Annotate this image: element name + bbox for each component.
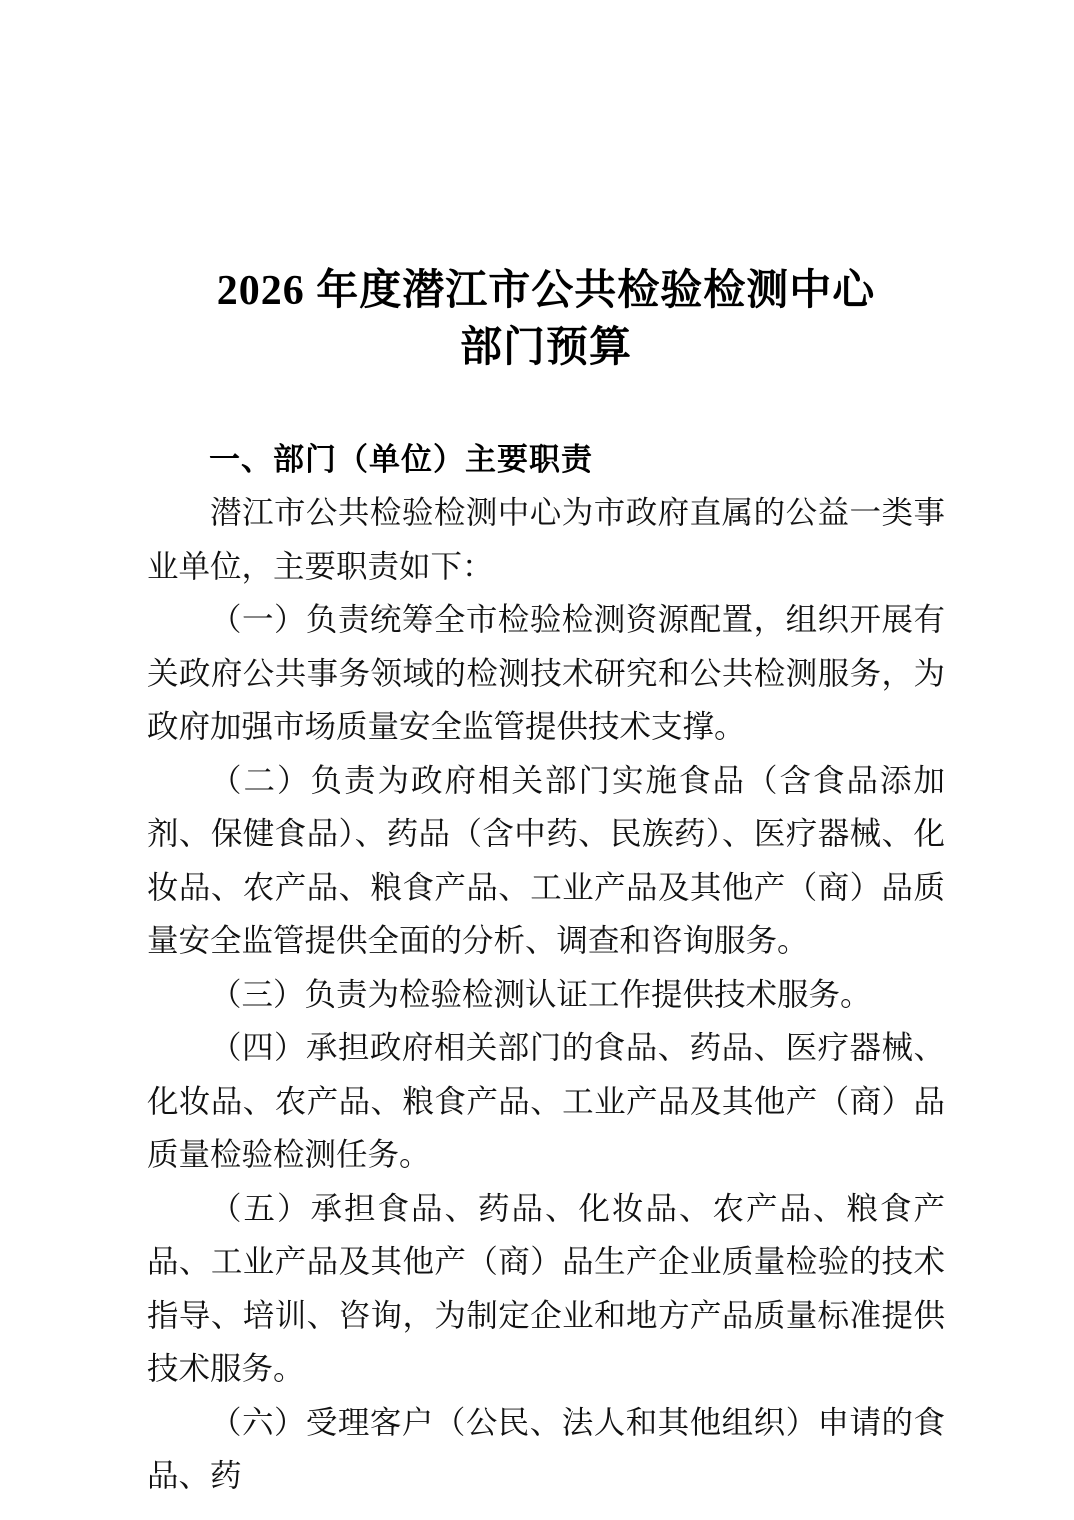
- body-paragraph-duty-2: （二）负责为政府相关部门实施食品（含食品添加剂、保健食品）、药品（含中药、民族药…: [147, 754, 945, 968]
- document-title-line2: 部门预算: [460, 325, 632, 371]
- document-body: 潜江市公共检验检测中心为市政府直属的公益一类事业单位，主要职责如下： （一）负责…: [147, 486, 945, 1503]
- body-paragraph-duty-4: （四）承担政府相关部门的食品、药品、医疗器械、化妆品、农产品、粮食产品、工业产品…: [147, 1021, 945, 1182]
- document-content: 2026 年度潜江市公共检验检测中心 部门预算 一、部门（单位）主要职责 潜江市…: [0, 0, 1074, 1503]
- document-title-line1: 2026 年度潜江市公共检验检测中心: [217, 268, 876, 314]
- body-paragraph-duty-5: （五）承担食品、药品、化妆品、农产品、粮食产品、工业产品及其他产（商）品生产企业…: [147, 1182, 945, 1396]
- body-paragraph-duty-6-truncated: （六）受理客户（公民、法人和其他组织）申请的食品、药: [147, 1396, 945, 1503]
- document-title: 2026 年度潜江市公共检验检测中心 部门预算: [147, 263, 945, 377]
- body-paragraph-duty-3: （三）负责为检验检测认证工作提供技术服务。: [147, 968, 945, 1022]
- body-paragraph-duty-1: （一）负责统筹全市检验检测资源配置，组织开展有关政府公共事务领域的检测技术研究和…: [147, 593, 945, 754]
- document-page: 2026 年度潜江市公共检验检测中心 部门预算 一、部门（单位）主要职责 潜江市…: [0, 0, 1074, 1520]
- section-heading-main-duties: 一、部门（单位）主要职责: [147, 433, 945, 486]
- body-paragraph-intro: 潜江市公共检验检测中心为市政府直属的公益一类事业单位，主要职责如下：: [147, 486, 945, 593]
